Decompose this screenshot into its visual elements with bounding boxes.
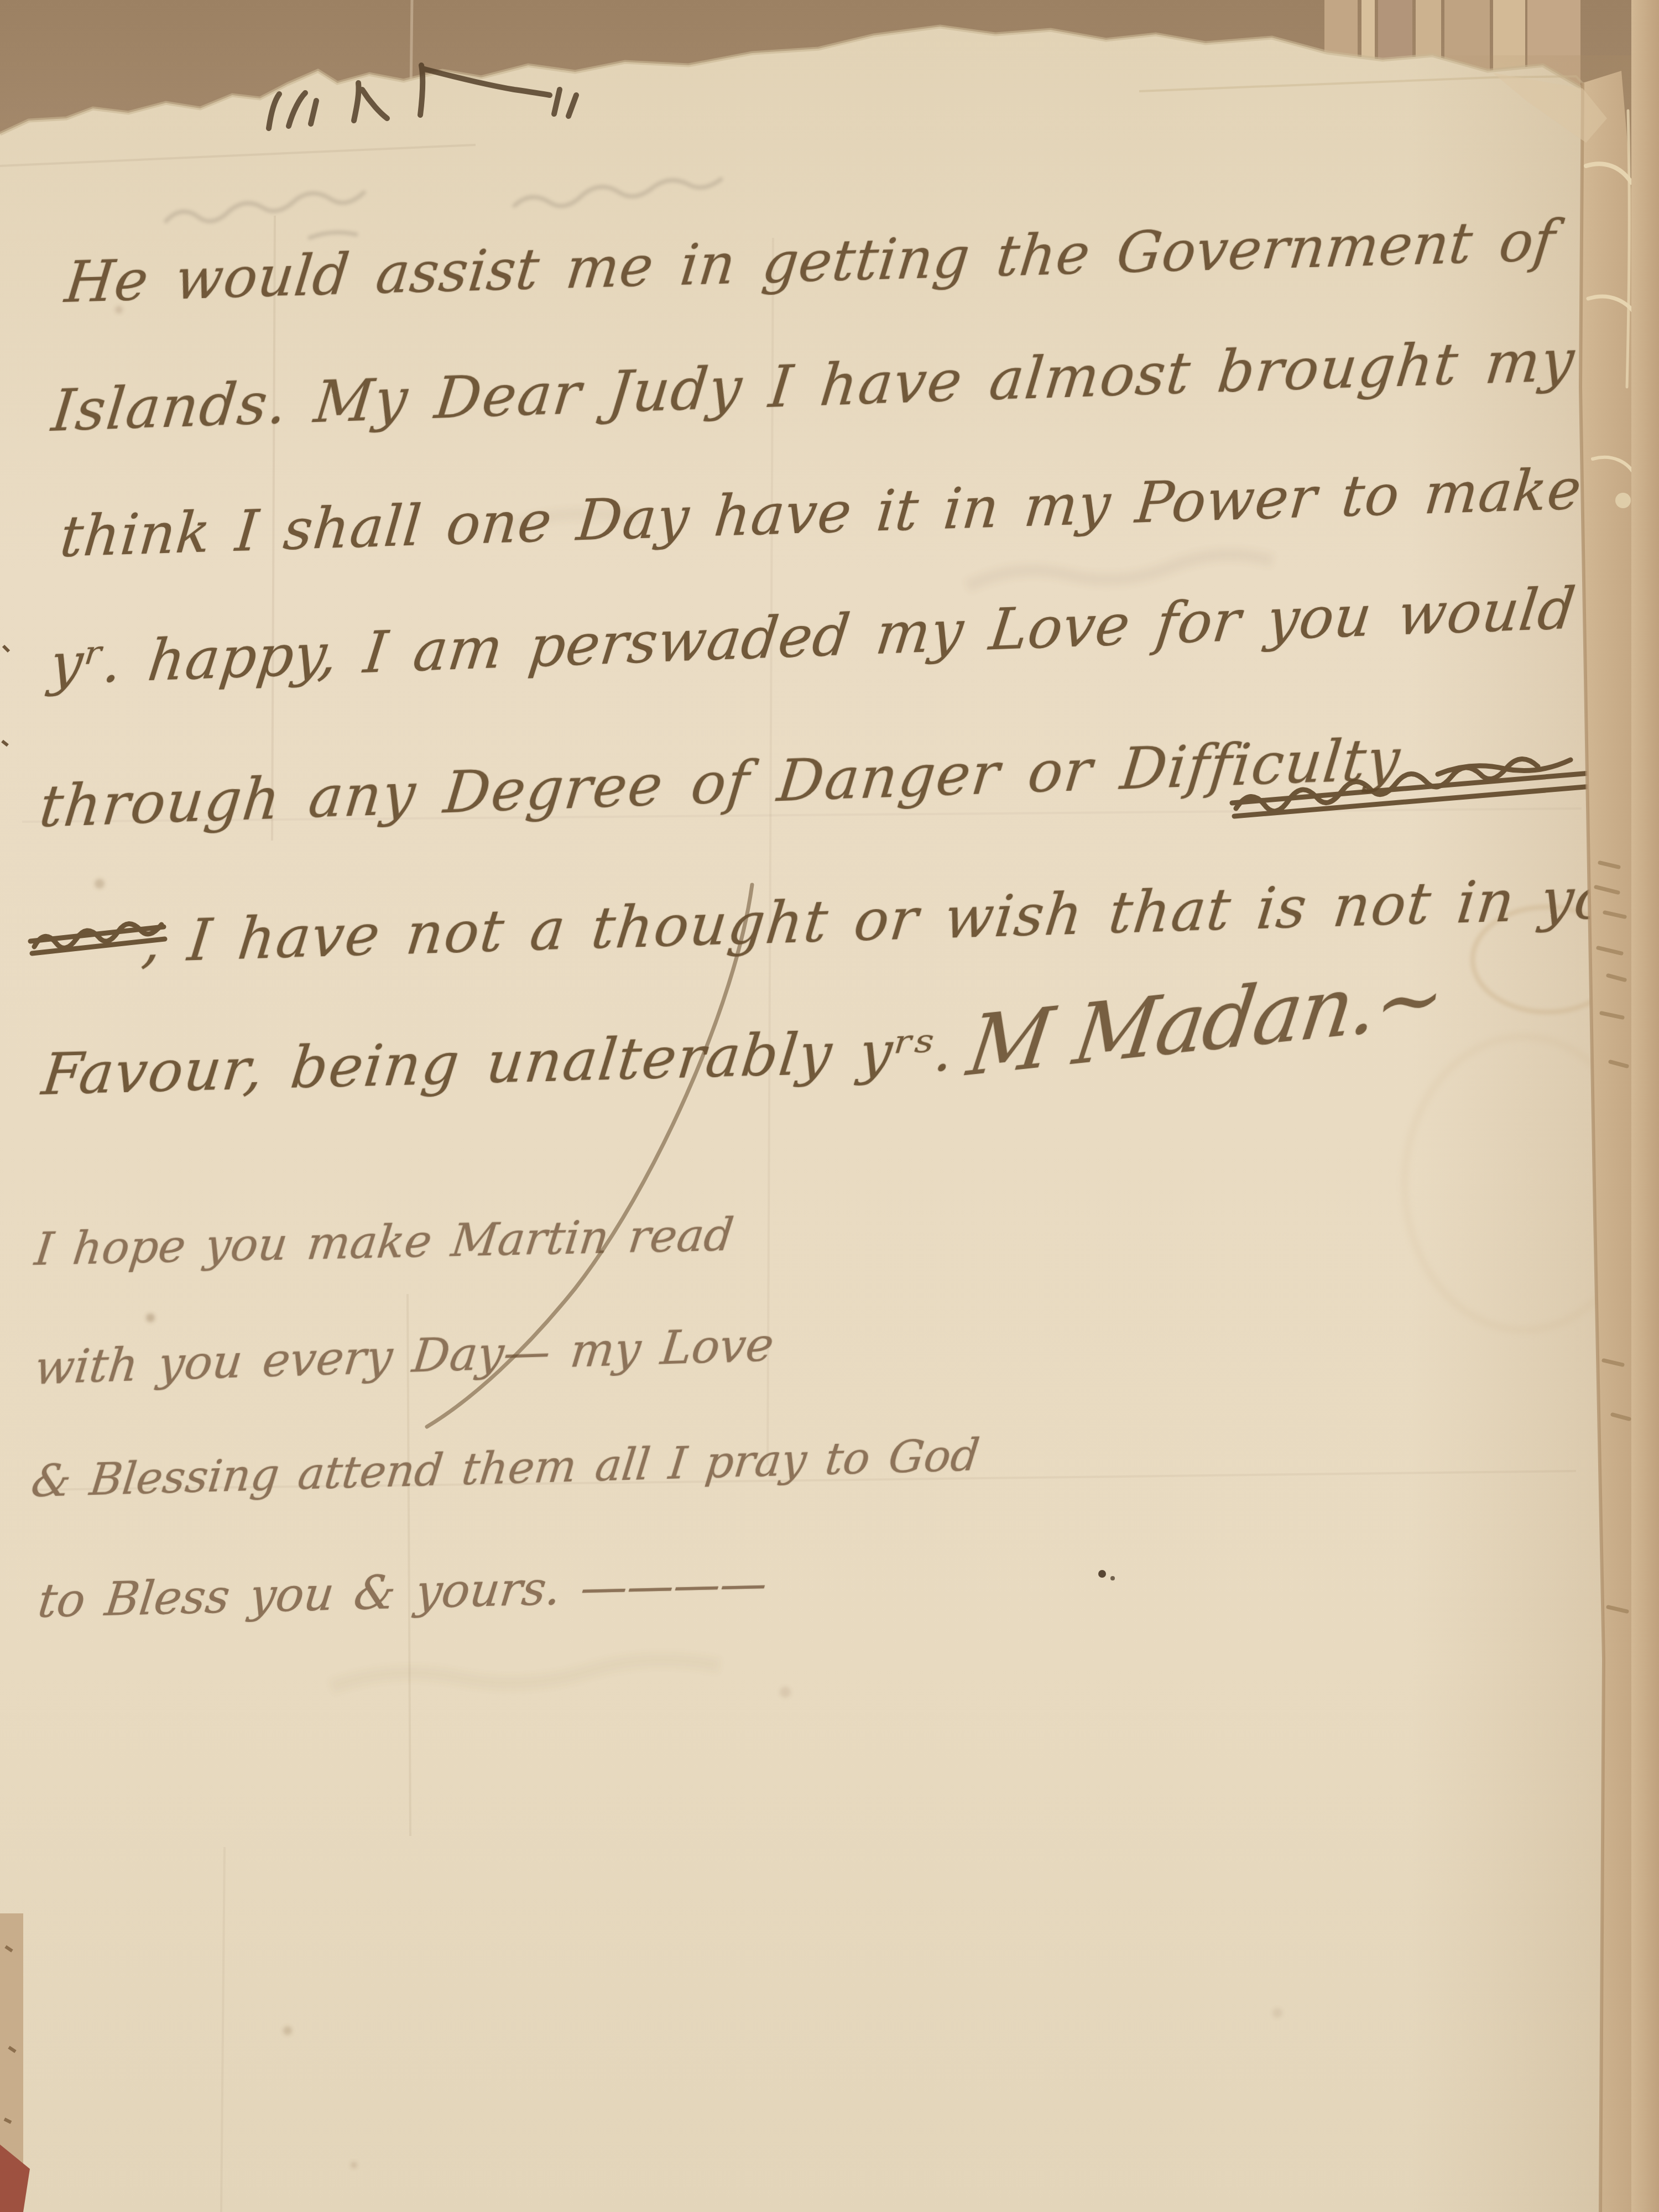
background-crease [410, 0, 412, 138]
postscript-line-1: I hope you make Martin read [32, 1208, 737, 1276]
letter-line-1: He would assist me in getting the Govern… [62, 200, 1659, 315]
signature: M Madan.~ [962, 948, 1449, 1095]
letter-line-5: through any Degree of Danger or Difficul… [36, 726, 1404, 841]
torn-edge-highlight [0, 27, 1583, 134]
binding-corner [0, 2145, 30, 2212]
pencil-inscription [166, 179, 721, 238]
postscript-line-2: with you every Day— my Love [32, 1317, 776, 1395]
left-underpage-strip [0, 646, 23, 2212]
letter-line-3: think I shall one Day have it in my Powe… [58, 451, 1659, 570]
showthrough-marks [332, 514, 1272, 1687]
postscript-line-4: to Bless you & yours. ———— [35, 1556, 770, 1628]
ink-speck [1098, 1570, 1115, 1580]
stitch-marks [1596, 863, 1629, 1611]
letter-photograph: He would assist me in getting the Govern… [0, 0, 1659, 2212]
fold-edge-line [1139, 76, 1608, 111]
page-edge-strips [1324, 0, 1580, 188]
stub-left-edge [1580, 83, 1604, 2212]
letter-line-7: Favour, being unalterably yʳˢ. [39, 1016, 958, 1108]
creases [0, 145, 1582, 2212]
torn-edge-ink-fragments [269, 65, 576, 128]
postscript-line-3: & Blessing attend them all I pray to God [29, 1429, 982, 1507]
frayed-threads [1493, 73, 1638, 508]
letter-line-2: Islands. My Dear Judy I have almost brou… [49, 320, 1659, 445]
letter-line-4: yʳ. happy, I am perswaded my Love for yo… [46, 565, 1659, 698]
